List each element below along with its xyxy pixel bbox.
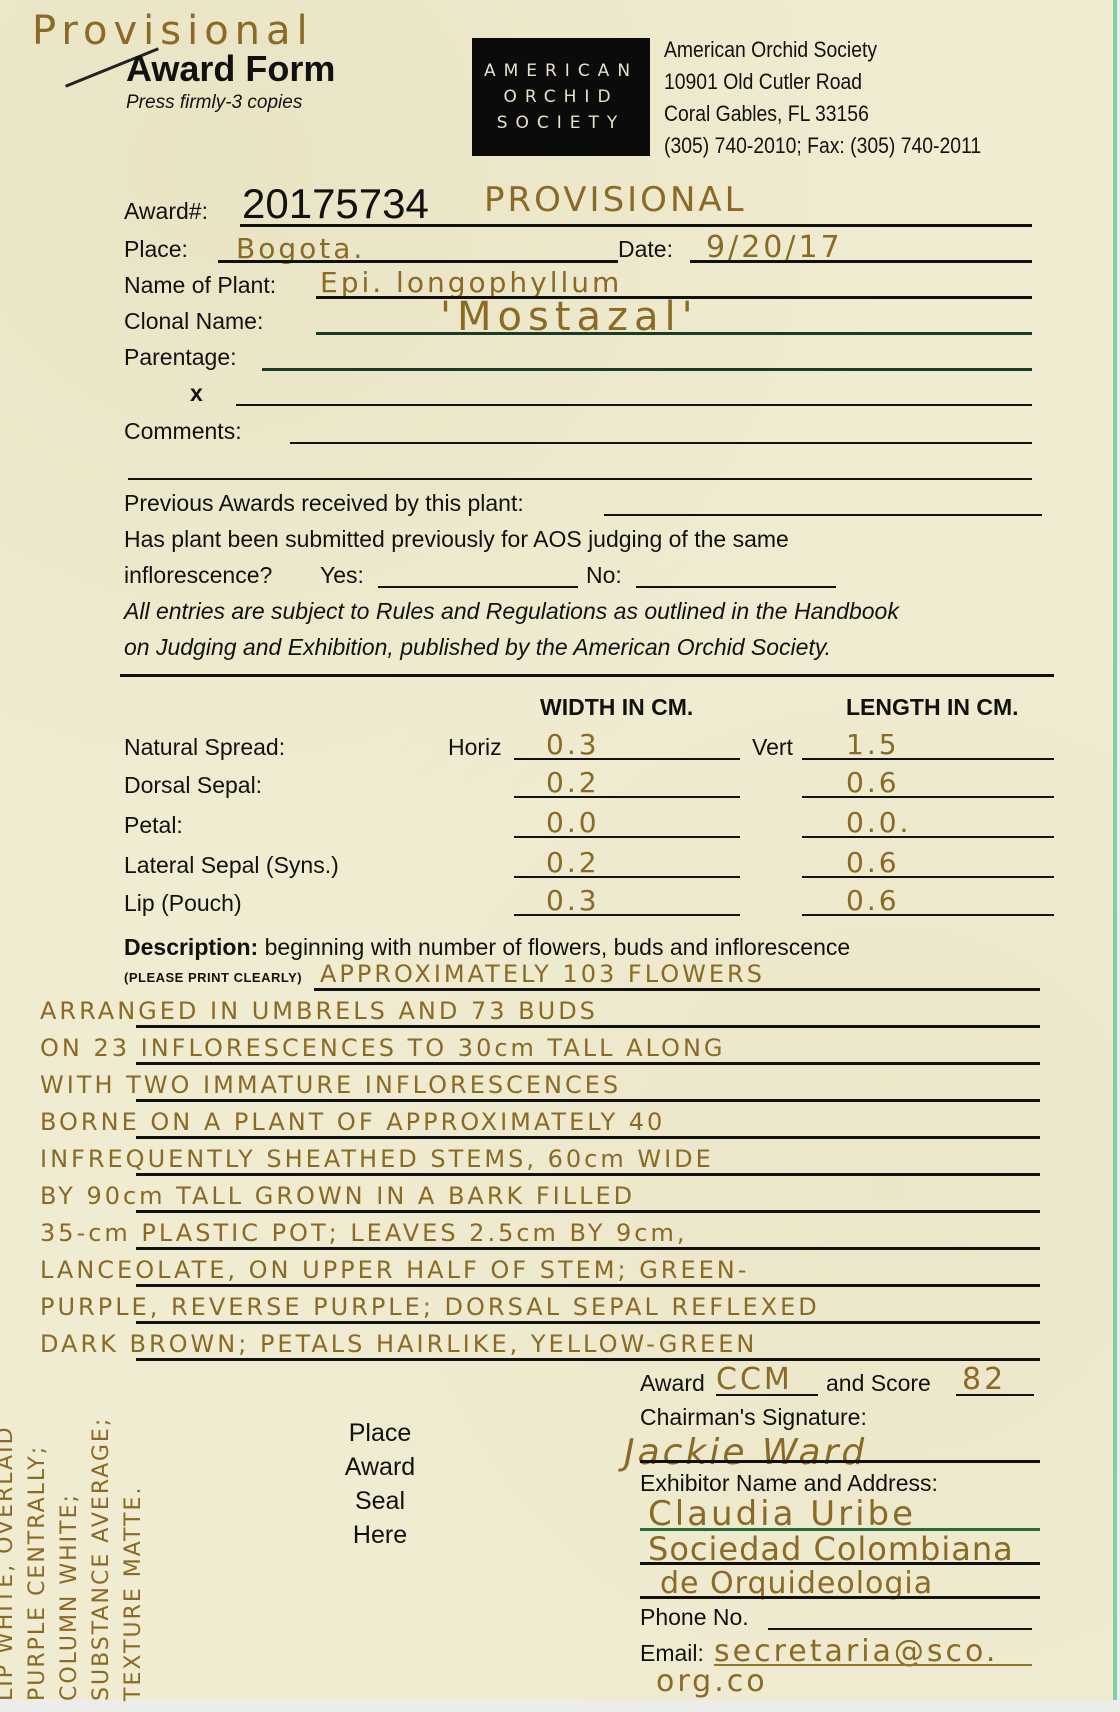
margin-note-line: PURPLE CENTRALLY; — [25, 1445, 50, 1701]
measure-row-label: Dorsal Sepal: — [124, 772, 262, 799]
comments-label: Comments: — [124, 418, 242, 445]
measure-width-value: 0.3 — [546, 728, 600, 761]
cross-label: x — [190, 380, 203, 407]
award-number-note: PROVISIONAL — [484, 180, 747, 220]
seal-line: Place — [336, 1416, 424, 1450]
description-field[interactable] — [136, 1025, 1040, 1028]
margin-note-line: LIP WHITE, OVERLAID — [0, 1425, 18, 1701]
description-line: WITH TWO IMMATURE INFLORESCENCES — [40, 1071, 621, 1099]
description-field[interactable] — [136, 1247, 1040, 1250]
clonal-name-label: Clonal Name: — [124, 308, 263, 335]
score-field[interactable] — [956, 1394, 1034, 1396]
form-title: Award Form — [126, 48, 335, 90]
description-field[interactable] — [136, 1358, 1040, 1361]
logo-line: SOCIETY — [497, 113, 626, 133]
measure-row-label: Natural Spread: — [124, 734, 285, 761]
description-field[interactable] — [136, 1099, 1040, 1102]
email-label: Email: — [640, 1640, 704, 1667]
chairman-signature-field[interactable] — [640, 1460, 1040, 1463]
description-line: APPROXIMATELY 103 FLOWERS — [320, 960, 765, 988]
measure-length-field[interactable] — [802, 914, 1054, 916]
description-field[interactable] — [136, 1210, 1040, 1213]
seal-placeholder: Place Award Seal Here — [336, 1416, 424, 1552]
measure-width-field[interactable] — [514, 796, 740, 798]
score-value: 82 — [962, 1362, 1006, 1397]
parentage-cross-field[interactable] — [236, 404, 1032, 406]
measure-width-value: 0.2 — [546, 846, 600, 879]
measure-row-label: Lip (Pouch) — [124, 890, 242, 917]
description-field[interactable] — [136, 1173, 1040, 1176]
vert-label: Vert — [752, 734, 793, 761]
award-number: 20175734 — [242, 180, 429, 228]
award-label: Award — [640, 1370, 705, 1397]
phone-field[interactable] — [768, 1628, 1032, 1630]
margin-note-line: TEXTURE MATTE. — [121, 1486, 146, 1701]
description-label-bold: Description: — [124, 934, 258, 960]
award-number-field[interactable] — [240, 224, 1032, 227]
seal-line: Here — [336, 1518, 424, 1552]
email-value-2: org.co — [656, 1664, 768, 1699]
no-label: No: — [586, 562, 622, 589]
previous-awards-field[interactable] — [604, 514, 1042, 516]
place-field[interactable] — [218, 260, 618, 263]
plant-name-label: Name of Plant: — [124, 272, 276, 299]
width-header: WIDTH IN CM. — [540, 694, 693, 721]
description-label-rest: beginning with number of flowers, buds a… — [258, 934, 850, 960]
submitted-question: Has plant been submitted previously for … — [124, 526, 789, 553]
phone-label: Phone No. — [640, 1604, 749, 1631]
clonal-name-field[interactable] — [316, 332, 1032, 335]
parentage-label: Parentage: — [124, 344, 237, 371]
date-field[interactable] — [690, 260, 1032, 263]
measure-length-value: 1.5 — [846, 728, 900, 761]
place-label: Place: — [124, 236, 188, 263]
measure-width-value: 0.0 — [546, 806, 600, 839]
aos-logo: AMERICAN ORCHID SOCIETY — [472, 38, 650, 156]
measure-length-value: 0.0. — [846, 806, 911, 839]
measure-width-field[interactable] — [514, 758, 740, 760]
exhibitor-label: Exhibitor Name and Address: — [640, 1470, 938, 1497]
logo-line: AMERICAN — [484, 61, 638, 81]
award-value: CCM — [716, 1362, 793, 1397]
logo-line: ORCHID — [503, 87, 618, 107]
address-line: Coral Gables, FL 33156 — [664, 98, 981, 130]
comments-field-2[interactable] — [128, 478, 1032, 480]
description-label: Description: beginning with number of fl… — [124, 934, 850, 961]
award-field[interactable] — [716, 1394, 818, 1396]
description-line: LANCEOLATE, ON UPPER HALF OF STEM; GREEN… — [40, 1256, 749, 1284]
measure-width-field[interactable] — [514, 836, 740, 838]
measure-length-field[interactable] — [802, 836, 1054, 838]
submitted-question-2: inflorescence? — [124, 562, 272, 589]
form-subtitle: Press firmly-3 copies — [126, 92, 302, 114]
exhibitor-field-2[interactable] — [640, 1562, 1040, 1565]
description-line: DARK BROWN; PETALS HAIRLIKE, YELLOW-GREE… — [40, 1330, 757, 1358]
measure-length-field[interactable] — [802, 876, 1054, 878]
margin-note-line: SUBSTANCE AVERAGE; — [89, 1417, 114, 1701]
description-line: INFREQUENTLY SHEATHED STEMS, 60cm WIDE — [40, 1145, 714, 1173]
measure-width-value: 0.3 — [546, 884, 600, 917]
description-line: BORNE ON A PLANT OF APPROXIMATELY 40 — [40, 1108, 665, 1136]
chairman-signature-label: Chairman's Signature: — [640, 1404, 867, 1431]
description-field[interactable] — [136, 1321, 1040, 1324]
measure-width-field[interactable] — [514, 914, 740, 916]
address-line: 10901 Old Cutler Road — [664, 66, 981, 98]
description-field[interactable] — [314, 988, 1040, 991]
no-field[interactable] — [636, 586, 836, 588]
description-line: ARRANGED IN UMBRELS AND 73 BUDS — [40, 997, 598, 1025]
measure-row-label: Petal: — [124, 812, 183, 839]
measure-length-value: 0.6 — [846, 846, 900, 879]
exhibitor-field-3[interactable] — [640, 1596, 1040, 1599]
description-field[interactable] — [136, 1136, 1040, 1139]
parentage-field[interactable] — [262, 368, 1032, 371]
description-line: 35-cm PLASTIC POT; LEAVES 2.5cm BY 9cm, — [40, 1219, 687, 1247]
measure-row-label: Lateral Sepal (Syns.) — [124, 852, 339, 879]
description-field[interactable] — [136, 1062, 1040, 1065]
society-address: American Orchid Society 10901 Old Cutler… — [664, 34, 981, 162]
rules-text-2: on Judging and Exhibition, published by … — [124, 634, 831, 661]
section-divider — [120, 674, 1054, 677]
print-clearly-note: (PLEASE PRINT CLEARLY) — [124, 970, 302, 985]
rules-text: All entries are subject to Rules and Reg… — [124, 598, 899, 625]
yes-label: Yes: — [320, 562, 364, 589]
measure-length-field[interactable] — [802, 796, 1054, 798]
horiz-label: Horiz — [448, 734, 502, 761]
award-number-label: Award#: — [124, 198, 208, 225]
measure-width-field[interactable] — [514, 876, 740, 878]
address-line: (305) 740-2010; Fax: (305) 740-2011 — [664, 130, 981, 162]
yes-field[interactable] — [378, 586, 578, 588]
description-line: ON 23 INFLORESCENCES TO 30cm TALL ALONG — [40, 1034, 726, 1062]
margin-note-line: COLUMN WHITE; — [57, 1493, 82, 1701]
length-header: LENGTH IN CM. — [846, 694, 1019, 721]
measure-width-value: 0.2 — [546, 766, 600, 799]
description-line: PURPLE, REVERSE PURPLE; DORSAL SEPAL REF… — [40, 1293, 820, 1321]
address-line: American Orchid Society — [664, 34, 981, 66]
date-label: Date: — [618, 236, 673, 263]
measure-length-field[interactable] — [802, 758, 1054, 760]
score-label: and Score — [826, 1370, 931, 1397]
previous-awards-label: Previous Awards received by this plant: — [124, 490, 524, 517]
description-field[interactable] — [136, 1284, 1040, 1287]
seal-line: Seal — [336, 1484, 424, 1518]
comments-field[interactable] — [290, 442, 1032, 444]
measure-length-value: 0.6 — [846, 884, 900, 917]
chairman-signature: Jackie Ward — [624, 1432, 867, 1473]
award-form-paper: Provisional Award Form Press firmly-3 co… — [0, 0, 1117, 1700]
measure-length-value: 0.6 — [846, 766, 900, 799]
description-line: BY 90cm TALL GROWN IN A BARK FILLED — [40, 1182, 635, 1210]
seal-line: Award — [336, 1450, 424, 1484]
